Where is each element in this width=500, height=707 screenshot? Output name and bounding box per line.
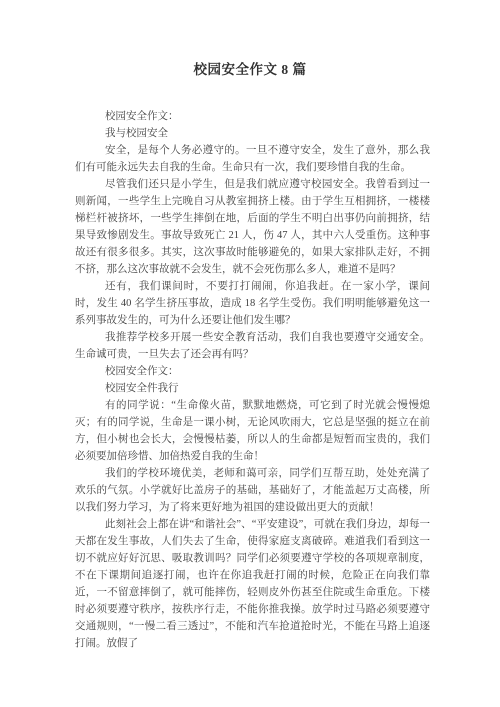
paragraph: 校园安全作文： [75, 363, 430, 380]
paragraph: 有的同学说：“生命像火苗，默默地燃烧，可它到了时光就会慢慢熄灭；有的同学说，生命… [75, 397, 430, 465]
essay-body: 校园安全作文： 我与校园安全 安全，是每个人务必遵守的。一旦不遵守安全，发生了意… [75, 108, 430, 652]
paragraph: 还有，我们课间时，不要打打闹闹，你追我赶。在一家小学，课间时，发生 40 名学生… [75, 278, 430, 329]
paragraph: 校园安全作文： [75, 108, 430, 125]
paragraph: 尽管我们还只是小学生，但是我们就应遵守校园安全。我曾看到过一则新闻，一些学生上完… [75, 176, 430, 278]
paragraph: 安全，是每个人务必遵守的。一旦不遵守安全，发生了意外，那么我们有可能永远失去自我… [75, 142, 430, 176]
document-page: 校园安全作文 8 篇 校园安全作文： 我与校园安全 安全，是每个人务必遵守的。一… [0, 0, 500, 707]
paragraph: 我推荐学校多开展一些安全教育活动，我们自我也要遵守交通安全。生命诚可贵，一旦失去… [75, 329, 430, 363]
paragraph: 我与校园安全 [75, 125, 430, 142]
page-title: 校园安全作文 8 篇 [0, 0, 500, 80]
paragraph: 我们的学校环境优美，老师和蔼可亲，同学们互帮互助，处处充满了欢乐的气氛。小学就好… [75, 465, 430, 516]
paragraph: 校园安全件我行 [75, 380, 430, 397]
paragraph: 此刻社会上都在讲“和谐社会”、“平安建设”，可就在我们身边，却每一天都在发生事故… [75, 516, 430, 652]
